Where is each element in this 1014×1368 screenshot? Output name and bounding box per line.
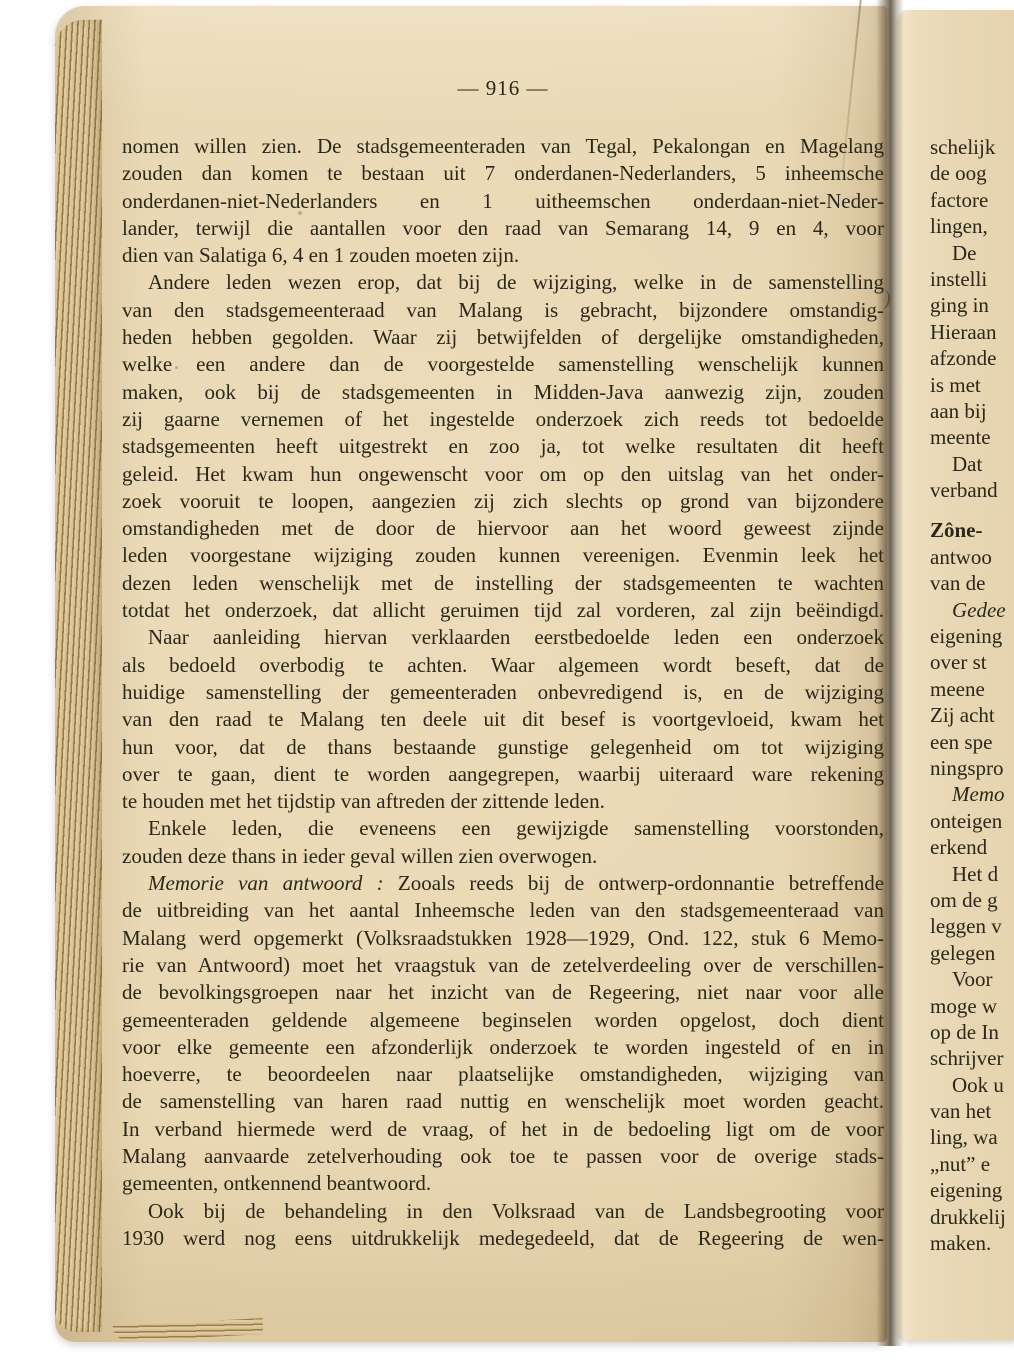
text-line: zij gaarne vernemen of het ingestelde on… <box>122 406 884 433</box>
text-line: dien van Salatiga 6, 4 en 1 zouden moete… <box>122 242 884 269</box>
right-text-fragment: aan bij <box>930 398 1014 424</box>
text-line: de bevolkingsgroepen naar het inzicht va… <box>122 979 884 1006</box>
text-line: welke een andere dan de voorgestelde sam… <box>122 351 884 378</box>
text-line: als bedoeld overbodig te achten. Waar al… <box>122 652 884 679</box>
right-text-fragment: over st <box>930 649 1014 675</box>
text-line: stadsgemeenten heeft uitgestrekt en zoo … <box>122 433 884 460</box>
text-line: Enkele leden, die eveneens een gewijzigd… <box>122 815 884 842</box>
right-text-fragment: Zij acht <box>930 702 1014 728</box>
text-line: zouden dan komen te bestaan uit 7 onderd… <box>122 160 884 187</box>
right-text-fragment: drukkelij <box>930 1204 1014 1230</box>
right-text-fragment: Voor <box>930 966 1014 992</box>
right-text-fragment: een spe <box>930 729 1014 755</box>
right-text-fragment: van de <box>930 570 1014 596</box>
right-text-fragment: onteigen <box>930 808 1014 834</box>
text-line: Malang werd opgemerkt (Volksraadstukken … <box>122 925 884 952</box>
text-line: huidige samenstelling der gemeenteraden … <box>122 679 884 706</box>
text-line: onderdanen-niet-Nederlanders en 1 uithee… <box>122 188 884 215</box>
text-line: maken, ook bij de stadsgemeenten in Midd… <box>122 379 884 406</box>
text-line: 1930 werd nog eens uitdrukkelijk medeged… <box>122 1225 884 1252</box>
text-line: omstandigheden met de door de hiervoor a… <box>122 515 884 542</box>
right-text-fragment: afzonde <box>930 345 1014 371</box>
right-text-fragment: Gedee <box>930 597 1014 623</box>
right-text-fragment: eigening <box>930 1177 1014 1203</box>
text-line: Andere leden wezen erop, dat bij de wijz… <box>122 269 884 296</box>
text-line: Ook bij de behandeling in den Volksraad … <box>122 1198 884 1225</box>
page-number: — 916 — <box>122 76 884 106</box>
right-text-fragment: factore <box>930 187 1014 213</box>
right-text-fragment: Zône- <box>930 517 1014 543</box>
right-text-fragment: eigening <box>930 623 1014 649</box>
text-line: lander, terwijl die aantallen voor den r… <box>122 215 884 242</box>
right-text-fragment: ling, wa <box>930 1124 1014 1150</box>
text-line: gemeenteraden geldende algemeene beginse… <box>122 1007 884 1034</box>
right-text-fragment: de oog <box>930 160 1014 186</box>
right-text-fragment: Hieraan <box>930 319 1014 345</box>
right-text-fragment: op de In <box>930 1019 1014 1045</box>
text-line: leden voorgestane wijziging zouden kunne… <box>122 542 884 569</box>
text-line: zouden deze thans in ieder geval willen … <box>122 843 884 870</box>
text-line: In verband hiermede werd de vraag, of he… <box>122 1116 884 1143</box>
right-text-fragment: antwoo <box>930 544 1014 570</box>
book-scan-photo: ) — 916 — nomen willen zien. De stadsgem… <box>0 0 1014 1368</box>
text-line: dezen leden wenschelijk met de instellin… <box>122 570 884 597</box>
right-text-fragment: ningspro <box>930 755 1014 781</box>
text-line: voor elke gemeente een afzonderlijk onde… <box>122 1034 884 1061</box>
text-line: gemeenten, ontkennend beantwoord. <box>122 1170 884 1197</box>
right-text-fragment: Memo <box>930 781 1014 807</box>
right-text-fragment: „nut” e <box>930 1151 1014 1177</box>
text-line: Naar aanleiding hiervan verklaarden eers… <box>122 624 884 651</box>
right-text-fragment: leggen v <box>930 913 1014 939</box>
text-line: totdat het onderzoek, dat allicht geruim… <box>122 597 884 624</box>
right-text-fragment: is met <box>930 372 1014 398</box>
right-text-fragment: ging in <box>930 292 1014 318</box>
text-line: geleid. Het kwam hun ongewenscht voor om… <box>122 461 884 488</box>
text-line: heden hebben gegolden. Waar zij betwijfe… <box>122 324 884 351</box>
text-line: zoek vooruit te loopen, aangezien zij zi… <box>122 488 884 515</box>
right-text-fragment: instelli <box>930 266 1014 292</box>
text-line: Malang aanvaarde zetelverhouding ook toe… <box>122 1143 884 1170</box>
right-text-fragment: Het d <box>930 861 1014 887</box>
text-line: van den raad te Malang ten deele uit dit… <box>122 706 884 733</box>
right-text-fragment: meene <box>930 676 1014 702</box>
text-line: hun voor, dat de thans bestaande gunstig… <box>122 734 884 761</box>
right-text-fragment: verband <box>930 477 1014 503</box>
page-edge-stack-left <box>55 20 102 1332</box>
right-text-fragment: gelegen <box>930 940 1014 966</box>
text-line: de uitbreiding van het aantal Inheemsche… <box>122 897 884 924</box>
right-text-fragment: meente <box>930 424 1014 450</box>
right-text-fragment: maken. <box>930 1230 1014 1256</box>
text-line: van den stadsgemeenteraad van Malang is … <box>122 297 884 324</box>
text-line: de samenstelling van haren raad nuttig e… <box>122 1088 884 1115</box>
text-line: nomen willen zien. De stadsgemeenteraden… <box>122 133 884 160</box>
right-text-fragment: moge w <box>930 993 1014 1019</box>
right-text-fragment: De <box>930 240 1014 266</box>
right-text-fragment: lingen, <box>930 213 1014 239</box>
right-text-fragment: Ook u <box>930 1072 1014 1098</box>
italic-lead-in: Memorie van antwoord : <box>148 871 384 895</box>
right-text-fragment: schrijver <box>930 1045 1014 1071</box>
text-line: over te gaan, dient te worden aangegrepe… <box>122 761 884 788</box>
text-line: hoeverre, te beoordeelen naar plaatselij… <box>122 1061 884 1088</box>
right-text-fragment: van het <box>930 1098 1014 1124</box>
page-edge-stack-bottom <box>113 1318 264 1342</box>
text-line: te houden met het tijdstip van aftreden … <box>122 788 884 815</box>
right-text-fragment: Dat <box>930 451 1014 477</box>
main-text-column: nomen willen zien. De stadsgemeenteraden… <box>122 133 884 1252</box>
text-line: Memorie van antwoord : Zooals reeds bij … <box>122 870 884 897</box>
right-text-fragment: om de g <box>930 887 1014 913</box>
right-text-fragment: schelijk <box>930 134 1014 160</box>
right-page-text-column: schelijkde oogfactorelingen,Deinstelligi… <box>930 134 1014 1256</box>
text-line: rie van Antwoord) moet het vraagstuk van… <box>122 952 884 979</box>
right-text-fragment: erkend <box>930 834 1014 860</box>
